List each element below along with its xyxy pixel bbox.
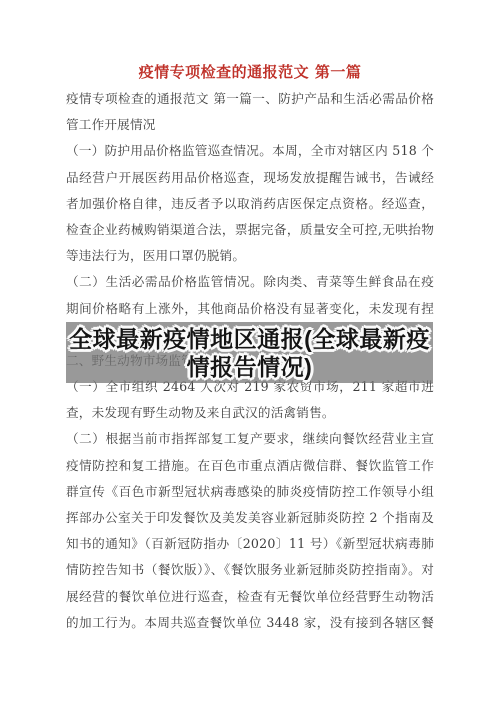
document-line: 期间价格略有上涨外，其他商品价格没有显著变化，未发现有捏造 — [66, 296, 434, 322]
document-line: 展经营的餐饮单位进行巡查，检查有无餐饮单位经营野生动物活体 — [66, 584, 434, 610]
document-line: 管工作开展情况 — [66, 112, 434, 138]
document-line: 品经营户开展医药用品价格巡查，现场发放提醒告诫书，告诫经营 — [66, 165, 434, 191]
document-line: 疫情防控和复工措施。在百色市重点酒店微信群、餐饮监管工作 QQ — [66, 453, 434, 479]
document-line: 挥部办公室关于印发餐饮及美发美容业新冠肺炎防控 2 个指南及告 — [66, 505, 434, 531]
document-line: 检查企业药械购销渠道合法，票据完备，质量安全可控,无哄抬物价 — [66, 217, 434, 243]
document-line: 情防控告知书（餐饮版）》、《餐饮服务业新冠肺炎防控指南》。对开 — [66, 557, 434, 583]
document-line: 知书的通知》（百新冠防指办〔2020〕11 号）《新型冠状病毒肺炎疫 — [66, 531, 434, 557]
document-line: 查，未发现有野生动物及来自武汉的活禽销售。 — [66, 400, 434, 426]
watermark-overlay-text-line1: 全球最新疫情地区通报(全球最新疫 — [69, 325, 430, 353]
document-line: （二）生活必需品价格监管情况。除肉类、青菜等生鲜食品在疫情 — [66, 269, 434, 295]
document-line: 疫情专项检查的通报范文 第一篇一、防护产品和生活必需品价格监 — [66, 86, 434, 112]
document-line: 等违法行为，医用口罩仍脱销。 — [66, 243, 434, 269]
document-title: 疫情专项检查的通报范文 第一篇 — [0, 61, 500, 82]
document-line: 者加强价格自律，违反者予以取消药店医保定点资格。经巡查，所 — [66, 191, 434, 217]
document-line: （一）防护用品价格监管巡查情况。本周，全市对辖区内 518 个药 — [66, 138, 434, 164]
watermark-overlay-banner: 全球最新疫情地区通报(全球最新疫 情报告情况) — [66, 322, 433, 383]
document-line: （二）根据当前市指挥部复工复产要求，继续向餐饮经营业主宣传 — [66, 426, 434, 452]
document-page: 疫情专项检查的通报范文 第一篇 疫情专项检查的通报范文 第一篇一、防护产品和生活… — [0, 0, 500, 706]
document-line: 群宣传《百色市新型冠状病毒感染的肺炎疫情防控工作领导小组指 — [66, 479, 434, 505]
watermark-overlay-text-line2: 情报告情况) — [187, 353, 313, 381]
document-line: 的加工行为。本周共巡查餐饮单位 3448 家，没有接到各辖区餐饮单 — [66, 610, 434, 636]
